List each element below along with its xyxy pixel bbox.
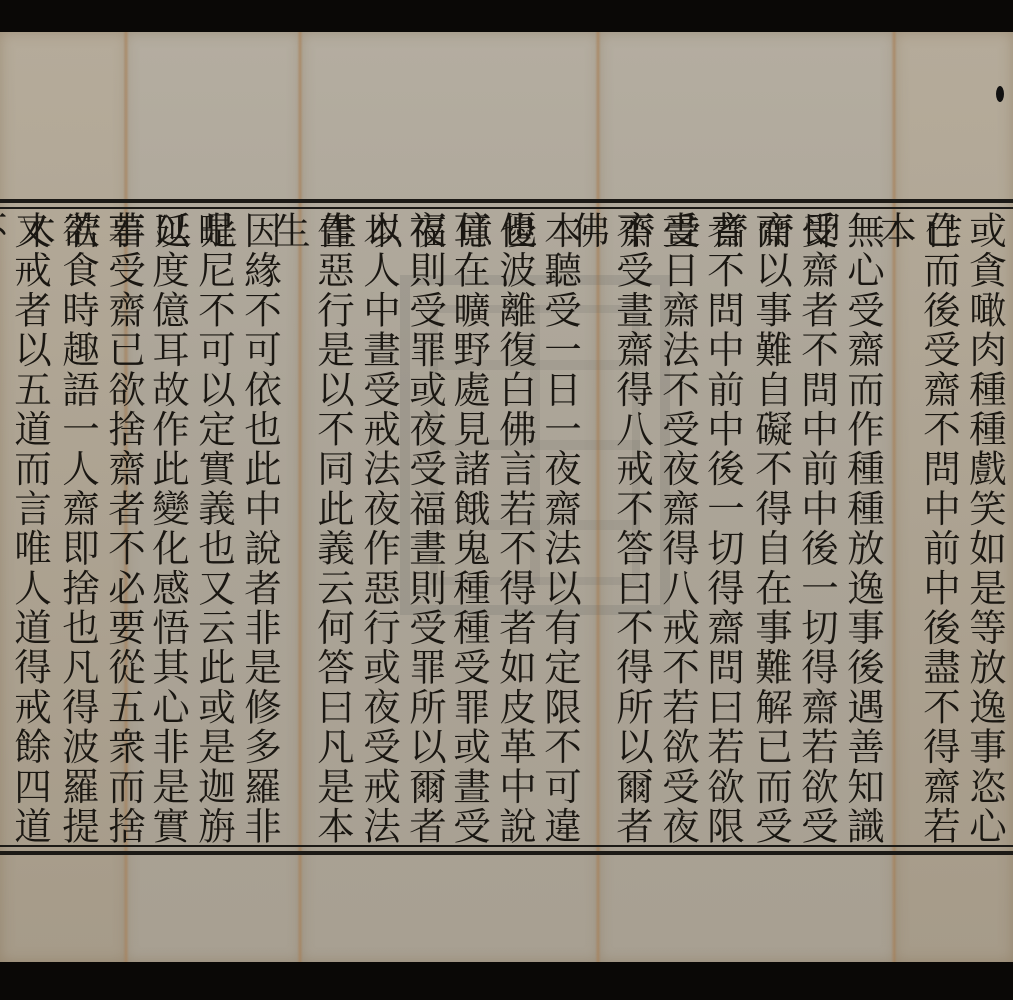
text-column: 夜則受罪或夜受福晝則受罪所以爾者以 — [403, 205, 447, 856]
text-column: 欲食時趣語一人齋即捨也凡得波羅提木 — [56, 205, 100, 856]
text-column: 本人中晝受戒法夜作惡行或夜受戒法晝 — [357, 205, 401, 856]
text-column: 者不問中前中後一切得齋問曰若欲限受 — [701, 205, 745, 856]
top-border-rule-thick — [0, 199, 1013, 203]
text-column: 作惡行是以不同此義云何答曰凡是本生 — [311, 205, 355, 856]
ink-blot — [996, 86, 1004, 102]
text-column: 耳在曠野處見諸餓鬼種種受罪或晝受福 — [447, 205, 491, 856]
text-block: 或貪噉肉種種戲笑如是等放逸事恣心作 已而後受齋不問中前中後盡不得齋若本 無心受齋… — [0, 205, 1013, 850]
text-column: 無心受齋而作種種放逸事後遇善知識即 — [841, 205, 885, 856]
text-column: 因緣不可依也此中說者非是修多羅非是 — [238, 205, 282, 856]
text-column: 本聽受一日一夜齋法以有定限不可違也 — [538, 205, 582, 856]
text-column: 若受齋已欲捨齋者不必要從五衆而捨若 — [102, 205, 146, 856]
text-column: 而以事難自礙不得自在事難解已而受齋 — [749, 205, 793, 856]
text-column: 已而後受齋不問中前中後盡不得齋若本 — [917, 205, 961, 856]
text-column: 又戒者以五道而言唯人道得戒餘四道不 — [8, 205, 52, 856]
text-column: 優波離復白佛言若不得者如皮革中說億 — [493, 205, 537, 856]
text-column: 毗尼不可以定實義也又云此或是迦旃延 — [192, 205, 236, 856]
text-column: 受齋者不問中前中後一切得齋若欲受齋 — [795, 205, 839, 856]
text-column: 不受晝齋得八戒不答曰不得所以爾者佛 — [610, 205, 654, 856]
text-column: 或貪噉肉種種戲笑如是等放逸事恣心作 — [963, 205, 1007, 856]
text-column: 以度億耳故作此變化感悟其心非是實事 — [146, 205, 190, 856]
text-column: 晝日齋法不受夜齋得八戒不若欲受夜齋 — [656, 205, 700, 856]
